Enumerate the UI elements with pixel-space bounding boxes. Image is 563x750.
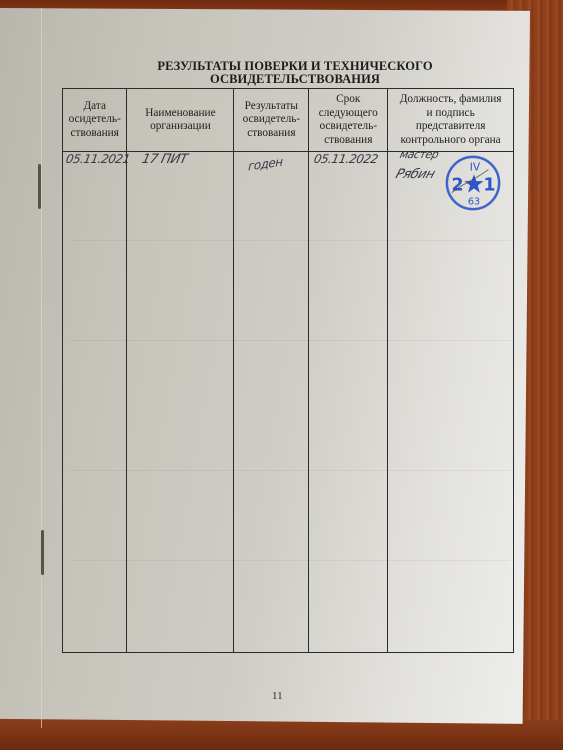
header-text: освидетель- [310,120,386,134]
cell-result [234,152,309,653]
svg-text:IV: IV [470,160,481,173]
table-bottom-border [63,652,514,653]
header-text: следующего [310,107,386,121]
header-text: ствования [64,127,125,141]
header-text: ствования [235,127,307,141]
header-text: ствования [310,134,386,148]
header-text: представителя [389,120,512,134]
booklet-spine [41,8,42,728]
table-header-row: Дата осидетель- ствования Наименование о… [63,89,514,152]
bottom-cell [309,652,388,653]
header-text: Должность, фамилия [389,93,512,107]
handwritten-signature: Рябин [394,167,437,182]
header-text: Дата [64,100,125,114]
desk-surface-bottom [0,720,563,750]
cell-representative [388,152,514,653]
header-text: и подпись [389,107,512,121]
table-body [63,152,514,653]
cell-organization [127,152,234,653]
cell-next-date [309,152,388,653]
column-header-results: Результаты освидетель- ствования [234,89,309,152]
bottom-cell [63,652,127,653]
bottom-cell [234,652,309,653]
column-header-date: Дата осидетель- ствования [63,89,127,152]
header-text: освидетель- [235,113,307,127]
header-text: контрольного органа [389,134,512,148]
header-text: Наименование [128,107,232,121]
header-text: Срок [310,93,386,107]
page-title: РЕЗУЛЬТАТЫ ПОВЕРКИ И ТЕХНИЧЕСКОГО ОСВИДЕ… [135,60,455,86]
column-header-next-date: Срок следующего освидетель- ствования [309,89,388,152]
handwritten-organization: 17 ПИТ [140,152,188,167]
header-text: организации [128,120,232,134]
column-header-organization: Наименование организации [127,89,234,152]
bottom-cell [127,652,234,653]
bottom-cell [388,652,514,653]
staple-bottom [41,530,44,575]
staple-top [38,164,41,209]
handwritten-position: мастер [398,148,439,161]
header-text: Результаты [235,100,307,114]
handwritten-inspection-date: 05.11.2021 [65,152,131,166]
handwritten-next-date: 05.11.2022 [313,152,379,166]
page-number: 11 [272,690,283,702]
column-header-representative: Должность, фамилия и подпись представите… [388,89,514,152]
svg-text:1: 1 [483,176,495,196]
svg-text:63: 63 [468,196,480,207]
header-text: осидетель- [64,113,125,127]
cell-date [63,152,127,653]
round-stamp-icon: IV 2 1 63 [444,154,502,212]
title-line-2: ОСВИДЕТЕЛЬСТВОВАНИЯ [135,73,455,86]
